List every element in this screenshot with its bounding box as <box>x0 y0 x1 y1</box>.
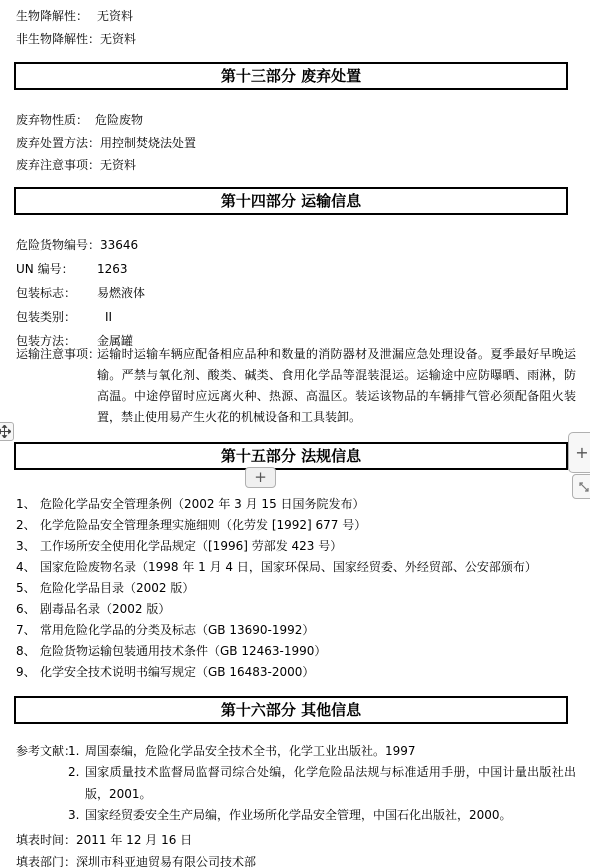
section-header-15: 第十五部分 法规信息 <box>14 442 568 470</box>
regulation-list: 1、危险化学品安全管理条例（2002 年 3 月 15 日国务院发布） 2、化学… <box>16 494 582 683</box>
reference-item: 3.国家经贸委安全生产局编，作业场所化学品安全管理，中国石化出版社，2000。 <box>68 805 576 826</box>
field-value: 无资料 <box>97 9 133 23</box>
field-value: II <box>97 310 112 324</box>
list-item: 9、化学安全技术说明书编写规定（GB 16483-2000） <box>16 662 582 683</box>
plus-button-center[interactable]: + <box>245 467 276 488</box>
field-label: 废弃注意事项： <box>16 155 100 176</box>
plus-icon: + <box>254 470 267 485</box>
move-icon <box>0 425 11 438</box>
field-value: 深圳市科亚迪贸易有限公司技术部 <box>76 855 256 867</box>
field-value: 1263 <box>97 262 128 276</box>
field-label: 危险货物编号： <box>16 235 100 256</box>
msds-document-page: { "colors": { "text": "#000000", "header… <box>0 0 590 867</box>
plus-button-right[interactable]: + <box>568 432 590 473</box>
field-label: 非生物降解性： <box>16 29 100 50</box>
field-value: 无资料 <box>100 32 136 46</box>
list-item: 5、危险化学品目录（2002 版） <box>16 578 582 599</box>
field-value: 33646 <box>100 238 138 252</box>
field-row: 包装标志：易燃液体 <box>16 283 145 304</box>
field-value: 易燃液体 <box>97 286 145 300</box>
list-item: 1、危险化学品安全管理条例（2002 年 3 月 15 日国务院发布） <box>16 494 582 515</box>
reference-item: 2.国家质量技术监督局监督司综合处编，化学危险品法规与标准适用手册，中国计量出版… <box>68 762 576 805</box>
field-label: 填表部门： <box>16 852 76 867</box>
diagonal-resize-icon <box>578 481 590 493</box>
list-item: 3、工作场所安全使用化学品规定（[1996] 劳部发 423 号） <box>16 536 582 557</box>
section-header-14: 第十四部分 运输信息 <box>14 187 568 215</box>
list-item: 2、化学危险品安全管理条理实施细则（化劳发 [1992] 677 号） <box>16 515 582 536</box>
reference-item: 1.周国泰编，危险化学品安全技术全书，化学工业出版社。1997 <box>68 741 576 762</box>
field-row: 废弃处置方法：用控制焚烧法处置 <box>16 133 196 154</box>
list-item: 7、常用危险化学品的分类及标志（GB 13690-1992） <box>16 620 582 641</box>
references-list: 1.周国泰编，危险化学品安全技术全书，化学工业出版社。1997 2.国家质量技术… <box>68 741 576 826</box>
transport-note: 运输时运输车辆应配备相应品种和数量的消防器材及泄漏应急处理设备。夏季最好早晚运输… <box>97 344 576 428</box>
field-row: 填表部门：深圳市科亚迪贸易有限公司技术部 <box>16 852 256 867</box>
references-label: 参考文献： <box>16 741 76 762</box>
field-row: UN 编号：1263 <box>16 259 128 280</box>
field-row: 包装类别：II <box>16 307 112 328</box>
list-item: 6、剧毒品名录（2002 版） <box>16 599 582 620</box>
field-row: 填表时间：2011 年 12 月 16 日 <box>16 830 192 851</box>
list-item: 8、危险货物运输包装通用技术条件（GB 12463-1990） <box>16 641 582 662</box>
field-row: 废弃物性质：危险废物 <box>16 110 143 131</box>
section-header-13: 第十三部分 废弃处置 <box>14 62 568 90</box>
field-label: 运输注意事项： <box>16 344 100 365</box>
field-label: UN 编号： <box>16 259 97 280</box>
field-value: 危险废物 <box>95 113 143 127</box>
field-label: 包装标志： <box>16 283 97 304</box>
field-label: 废弃处置方法： <box>16 133 100 154</box>
list-item: 4、国家危险废物名录（1998 年 1 月 4 日，国家环保局、国家经贸委、外经… <box>16 557 582 578</box>
field-label: 生物降解性： <box>16 6 97 27</box>
field-label: 包装类别： <box>16 307 97 328</box>
section-header-16: 第十六部分 其他信息 <box>14 696 568 724</box>
field-value: 无资料 <box>100 158 136 172</box>
field-value: 2011 年 12 月 16 日 <box>76 833 192 847</box>
field-label: 废弃物性质： <box>16 110 95 131</box>
field-row: 废弃注意事项：无资料 <box>16 155 136 176</box>
plus-icon: + <box>575 445 588 461</box>
field-row: 非生物降解性：无资料 <box>16 29 136 50</box>
pan-button[interactable] <box>0 422 14 441</box>
field-row: 危险货物编号：33646 <box>16 235 138 256</box>
field-label: 填表时间： <box>16 830 76 851</box>
field-value: 用控制焚烧法处置 <box>100 136 196 150</box>
field-row: 生物降解性：无资料 <box>16 6 133 27</box>
